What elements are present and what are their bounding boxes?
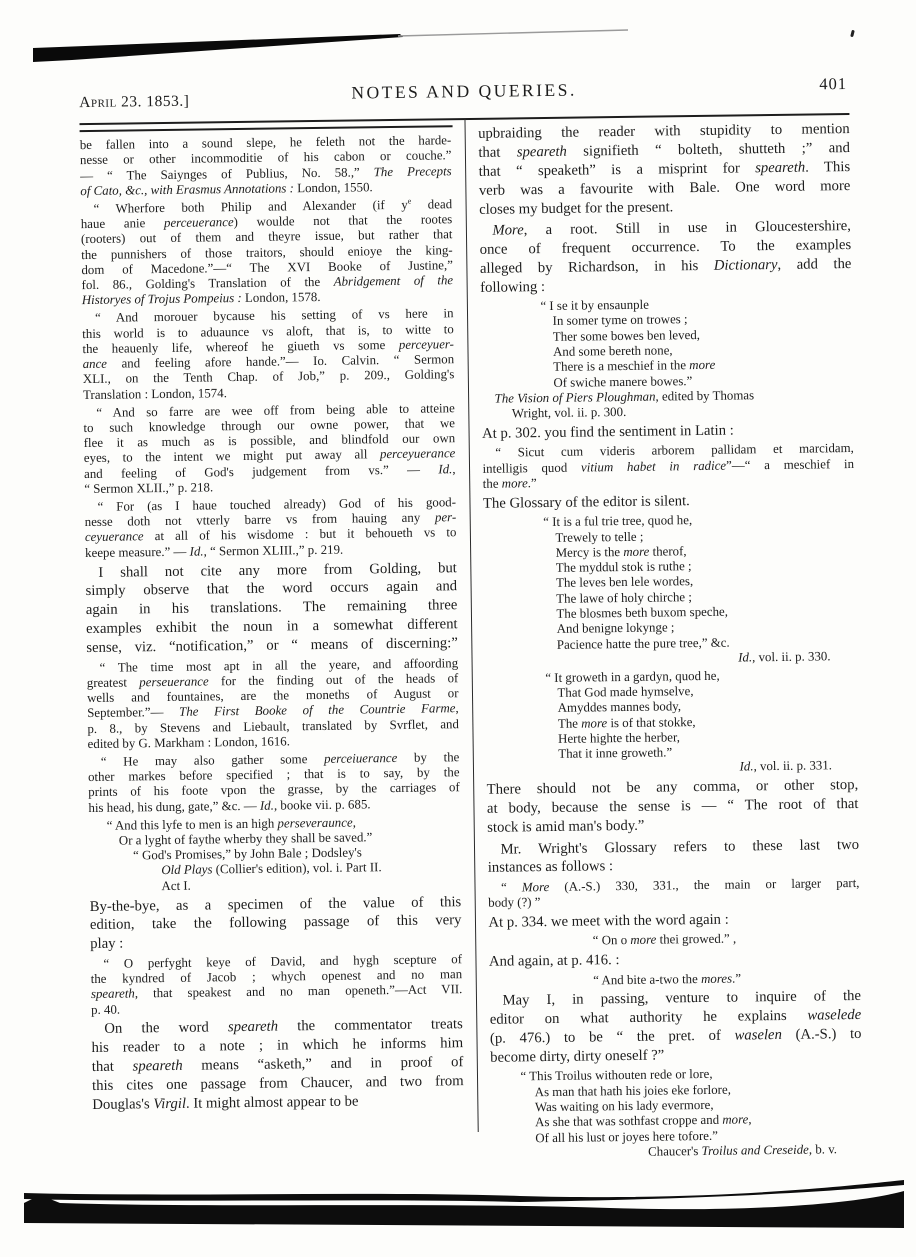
text-block: May I, in passing, venture to inquire of… bbox=[489, 987, 861, 1067]
text-block: Mr. Wright's Glossary refers to these la… bbox=[487, 835, 859, 878]
text-line: become dirty, dirty oneself ?” bbox=[490, 1044, 862, 1068]
text-line: sense, viz. “notification,” or “ means o… bbox=[86, 634, 458, 658]
text-block: “ And so farre are wee off from being ab… bbox=[83, 401, 456, 498]
page-content: April 23. 1853.] NOTES AND QUERIES. 401 … bbox=[79, 73, 849, 125]
text-columns: be fallen into a sound slepe, he feleth … bbox=[80, 119, 864, 1167]
text-block: “ The time most apt in all the yeare, an… bbox=[87, 656, 460, 753]
text-block: “ And this lyfe to men is an high persev… bbox=[89, 814, 461, 895]
text-line: closes my budget for the present. bbox=[479, 196, 851, 220]
text-block: “ And morouer bycause his setting of vs … bbox=[82, 306, 455, 403]
text-block: At p. 302. you find the sentiment in Lat… bbox=[482, 420, 854, 444]
text-line: instances as follows : bbox=[488, 854, 860, 878]
text-block: upbraiding the reader with stupidity to … bbox=[478, 120, 851, 219]
text-block: On the word speareth the commentator tre… bbox=[91, 1016, 464, 1115]
text-line: “ On o more thei growed.” , bbox=[593, 930, 861, 949]
bottom-band-artifact bbox=[24, 1191, 904, 1228]
text-block: “ Wherfore both Philip and Alexander (if… bbox=[81, 197, 454, 309]
text-block: “ I se it by ensaunpleIn somer tyme on t… bbox=[480, 295, 853, 422]
text-line: At p. 302. you find the sentiment in Lat… bbox=[482, 420, 854, 444]
text-block: “ More (A.-S.) 330, 331., the main or la… bbox=[488, 876, 860, 911]
bottom-stripe-artifact bbox=[24, 1180, 904, 1202]
text-line: Id., vol. ii. p. 330. bbox=[485, 649, 857, 669]
text-block: “ It is a ful trie tree, quod he,Trewely… bbox=[483, 511, 856, 669]
text-line: Douglas's Virgil. It might almost appear… bbox=[92, 1091, 464, 1115]
text-block: “ It groweth in a gardyn, quod he,That G… bbox=[485, 667, 858, 779]
column-left: be fallen into a sound slepe, he feleth … bbox=[80, 124, 465, 1167]
text-block: More, a root. Still in use in Gloucester… bbox=[479, 217, 851, 297]
text-block: “ On o more thei growed.” , bbox=[489, 930, 861, 950]
page-number: 401 bbox=[819, 74, 847, 94]
text-line: Wright, vol. ii. p. 300. bbox=[512, 402, 854, 422]
text-line: stock is amid man's body.” bbox=[487, 814, 859, 838]
text-block: I shall not cite any more from Golding, … bbox=[85, 559, 458, 658]
ink-speck-artifact bbox=[850, 30, 855, 38]
top-faint-line-artifact bbox=[398, 30, 628, 36]
column-right: upbraiding the reader with stupidity to … bbox=[478, 119, 863, 1162]
text-block: At p. 334. we meet with the word again : bbox=[488, 909, 860, 933]
text-block: “ And bite a-two the mores.” bbox=[489, 969, 861, 989]
publication-title: NOTES AND QUERIES. bbox=[79, 76, 849, 107]
text-line: following : bbox=[480, 274, 852, 298]
text-block: The Glossary of the editor is silent. bbox=[483, 490, 855, 514]
text-block: By-the-bye, as a specimen of the value o… bbox=[90, 893, 462, 955]
text-block: “ O perfyght keye of David, and hygh sce… bbox=[90, 952, 462, 1018]
scanned-page: April 23. 1853.] NOTES AND QUERIES. 401 … bbox=[0, 0, 916, 1257]
top-wedge-artifact bbox=[33, 34, 403, 62]
text-block: There should not be any comma, or other … bbox=[487, 776, 859, 838]
text-line: At p. 334. we meet with the word again : bbox=[488, 909, 860, 933]
text-line: Id., vol. ii. p. 331. bbox=[486, 758, 858, 778]
text-block: “ Sicut cum videris arborem pallidam et … bbox=[482, 441, 854, 492]
text-line: The Glossary of the editor is silent. bbox=[483, 490, 855, 514]
text-block: “ This Troilus withouten rede or lore,As… bbox=[490, 1065, 863, 1162]
text-line: “ And bite a-two the mores.” bbox=[593, 969, 861, 988]
text-block: “ He may also gather some perceiuerance … bbox=[88, 750, 460, 816]
text-line: And again, at p. 416. : bbox=[489, 948, 861, 972]
text-block: “ For (as I haue touched already) God of… bbox=[84, 495, 456, 561]
text-block: And again, at p. 416. : bbox=[489, 948, 861, 972]
text-block: be fallen into a sound slepe, he feleth … bbox=[80, 133, 452, 199]
